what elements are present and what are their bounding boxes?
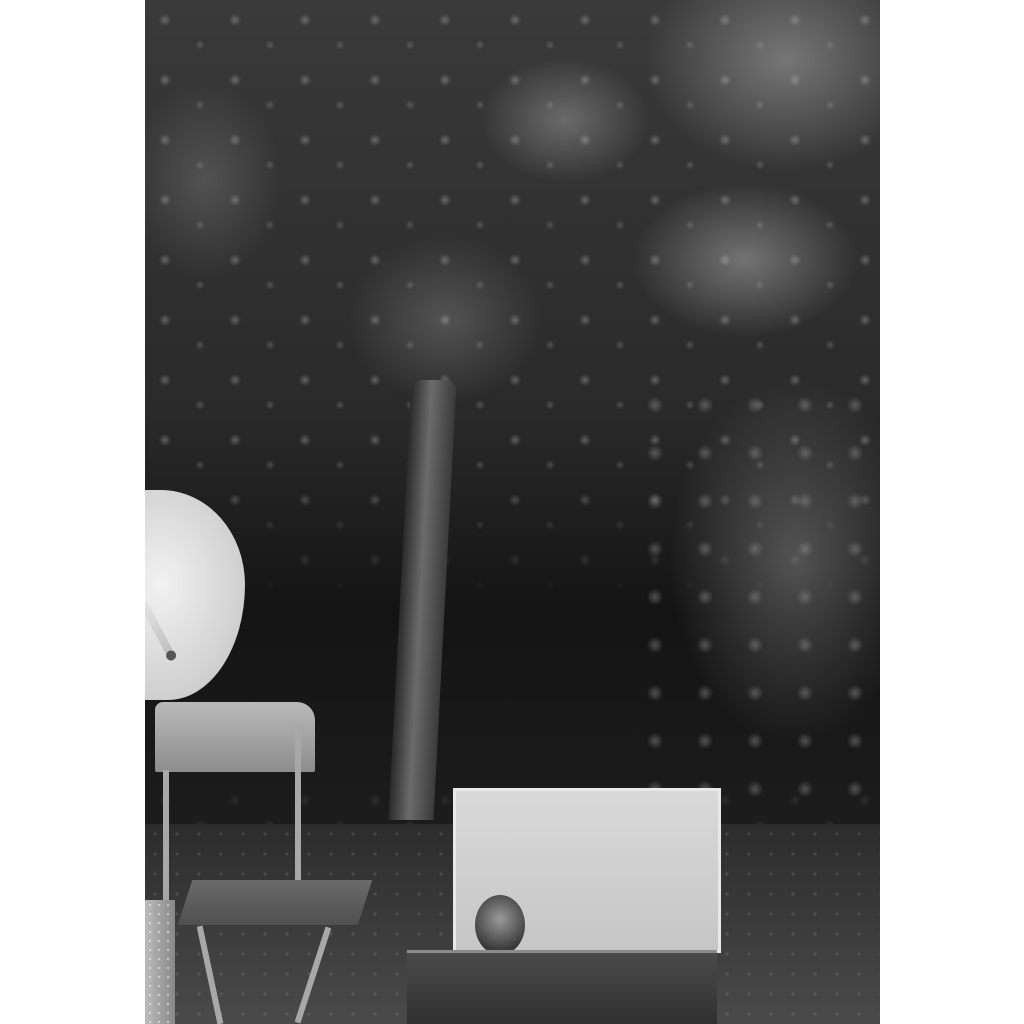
open-case-body [407, 950, 717, 1024]
patterned-dress [145, 900, 175, 1024]
chair-backrest [155, 702, 315, 772]
garden-photograph [145, 0, 880, 1024]
case-contents [475, 895, 525, 955]
chair-seat [178, 880, 373, 925]
bush-foliage [630, 380, 880, 840]
